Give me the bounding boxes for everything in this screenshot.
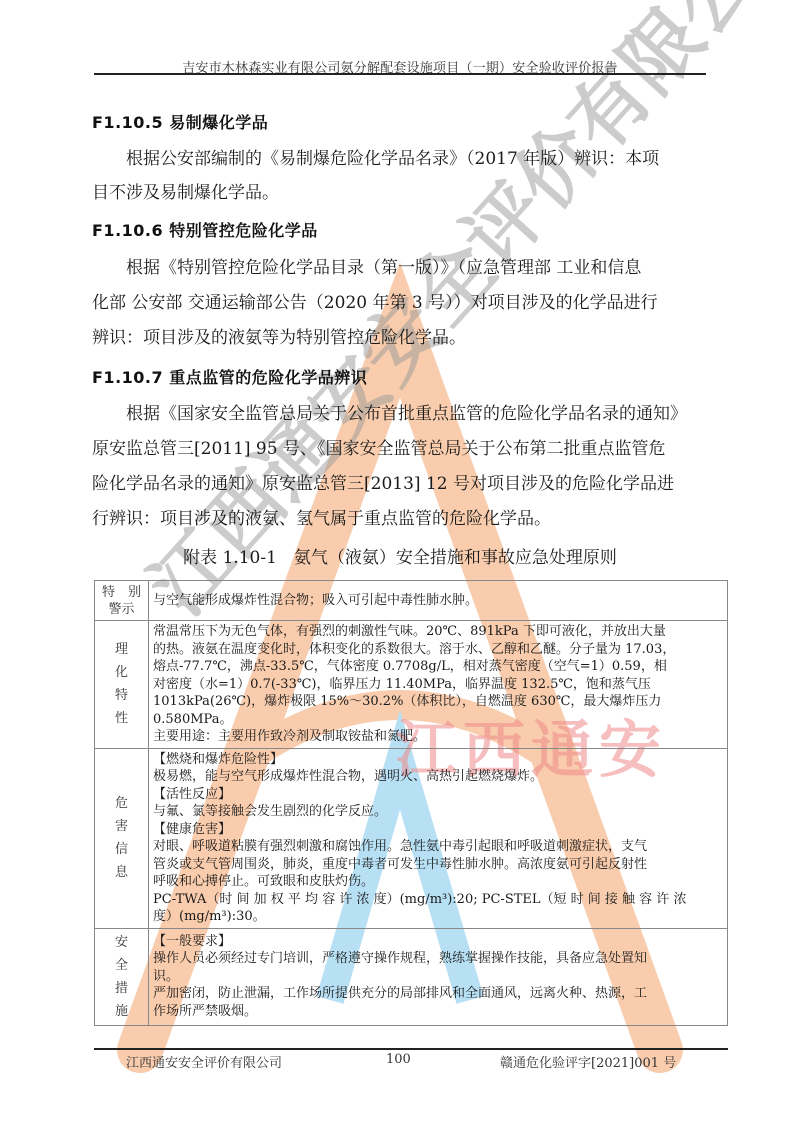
paragraph-line: 根据《特别管控危险化学品目录（第一版）》（应急管理部 工业和信息 bbox=[126, 258, 764, 278]
section-title-1-10-5: F1.10.5 易制爆化学品 bbox=[92, 110, 268, 133]
paragraph-line: 化部 公安部 交通运输部公告（2020 年第 3 号））对项目涉及的化学品进行 bbox=[92, 293, 730, 313]
footer-company: 江西通安安全评价有限公司 bbox=[126, 1052, 282, 1071]
row-content: 【燃烧和爆炸危险性】 极易燃，能与空气形成爆炸性混合物，遇明火、高热引起燃烧爆炸… bbox=[149, 748, 728, 928]
paragraph-line: 行辨识：项目涉及的液氨、氢气属于重点监管的危险化学品。 bbox=[92, 509, 730, 529]
row-label: 危 害 信 息 bbox=[95, 748, 149, 928]
paragraph-line: 险化学品名录的通知》原安监总管三[2013] 12 号对项目涉及的危险化学品进 bbox=[92, 474, 730, 494]
subheading-reactivity: 【活性反应】 bbox=[153, 786, 723, 804]
row-label: 安 全 措 施 bbox=[95, 928, 149, 1025]
section-title-1-10-7: F1.10.7 重点监管的危险化学品辨识 bbox=[92, 365, 367, 388]
subheading-combustion: 【燃烧和爆炸危险性】 bbox=[153, 751, 723, 769]
paragraph-line: 根据《国家安全监管总局关于公布首批重点监管的危险化学品名录的通知》 bbox=[126, 404, 764, 424]
row-label: 理 化 特 性 bbox=[95, 621, 149, 749]
subheading-health: 【健康危害】 bbox=[153, 821, 723, 839]
watermark-gray-text: 江西通安安全评价有限公司 bbox=[120, 0, 800, 635]
row-content: 【一般要求】 操作人员必须经过专门培训，严格遵守操作规程，熟练掌握操作技能，具备… bbox=[149, 928, 728, 1025]
section-title-1-10-6: F1.10.6 特别管控危险化学品 bbox=[92, 218, 318, 241]
paragraph-line: 辨识：项目涉及的液氨等为特别管控危险化学品。 bbox=[92, 328, 730, 348]
paragraph-line: 原安监总管三[2011] 95 号、《国家安全监管总局关于公布第二批重点监管危 bbox=[92, 439, 730, 459]
row-content: 与空气能形成爆炸性混合物；吸入可引起中毒性肺水肿。 bbox=[149, 581, 728, 621]
row-content: 常温常压下为无色气体，有强烈的刺激性气味。20℃、891kPa 下即可液化，并放… bbox=[149, 621, 728, 749]
paragraph-line: 根据公安部编制的《易制爆危险化学品名录》（2017 年版）辨识：本项 bbox=[126, 149, 764, 169]
paragraph-line: 目不涉及易制爆化学品。 bbox=[92, 183, 730, 203]
footer-doc-number: 赣通危化验评字[2021]001 号 bbox=[500, 1052, 676, 1071]
table-row-special-warning: 特 别 警示 与空气能形成爆炸性混合物；吸入可引起中毒性肺水肿。 bbox=[95, 581, 728, 621]
ammonia-safety-table: 特 别 警示 与空气能形成爆炸性混合物；吸入可引起中毒性肺水肿。 理 化 特 性… bbox=[94, 580, 728, 1026]
subheading-general: 【一般要求】 bbox=[153, 933, 723, 951]
footer-divider bbox=[94, 1048, 728, 1050]
row-label: 特 别 警示 bbox=[95, 581, 149, 621]
table-row-safety-measures: 安 全 措 施 【一般要求】 操作人员必须经过专门培训，严格遵守操作规程，熟练掌… bbox=[95, 928, 728, 1025]
table-row-physicochemical: 理 化 特 性 常温常压下为无色气体，有强烈的刺激性气味。20℃、891kPa … bbox=[95, 621, 728, 749]
header-divider bbox=[94, 73, 706, 75]
table-row-hazard-info: 危 害 信 息 【燃烧和爆炸危险性】 极易燃，能与空气形成爆炸性混合物，遇明火、… bbox=[95, 748, 728, 928]
table-caption: 附表 1.10-1 氨气（液氨）安全措施和事故应急处理原则 bbox=[0, 543, 800, 568]
footer-page-number: 100 bbox=[386, 1052, 411, 1067]
